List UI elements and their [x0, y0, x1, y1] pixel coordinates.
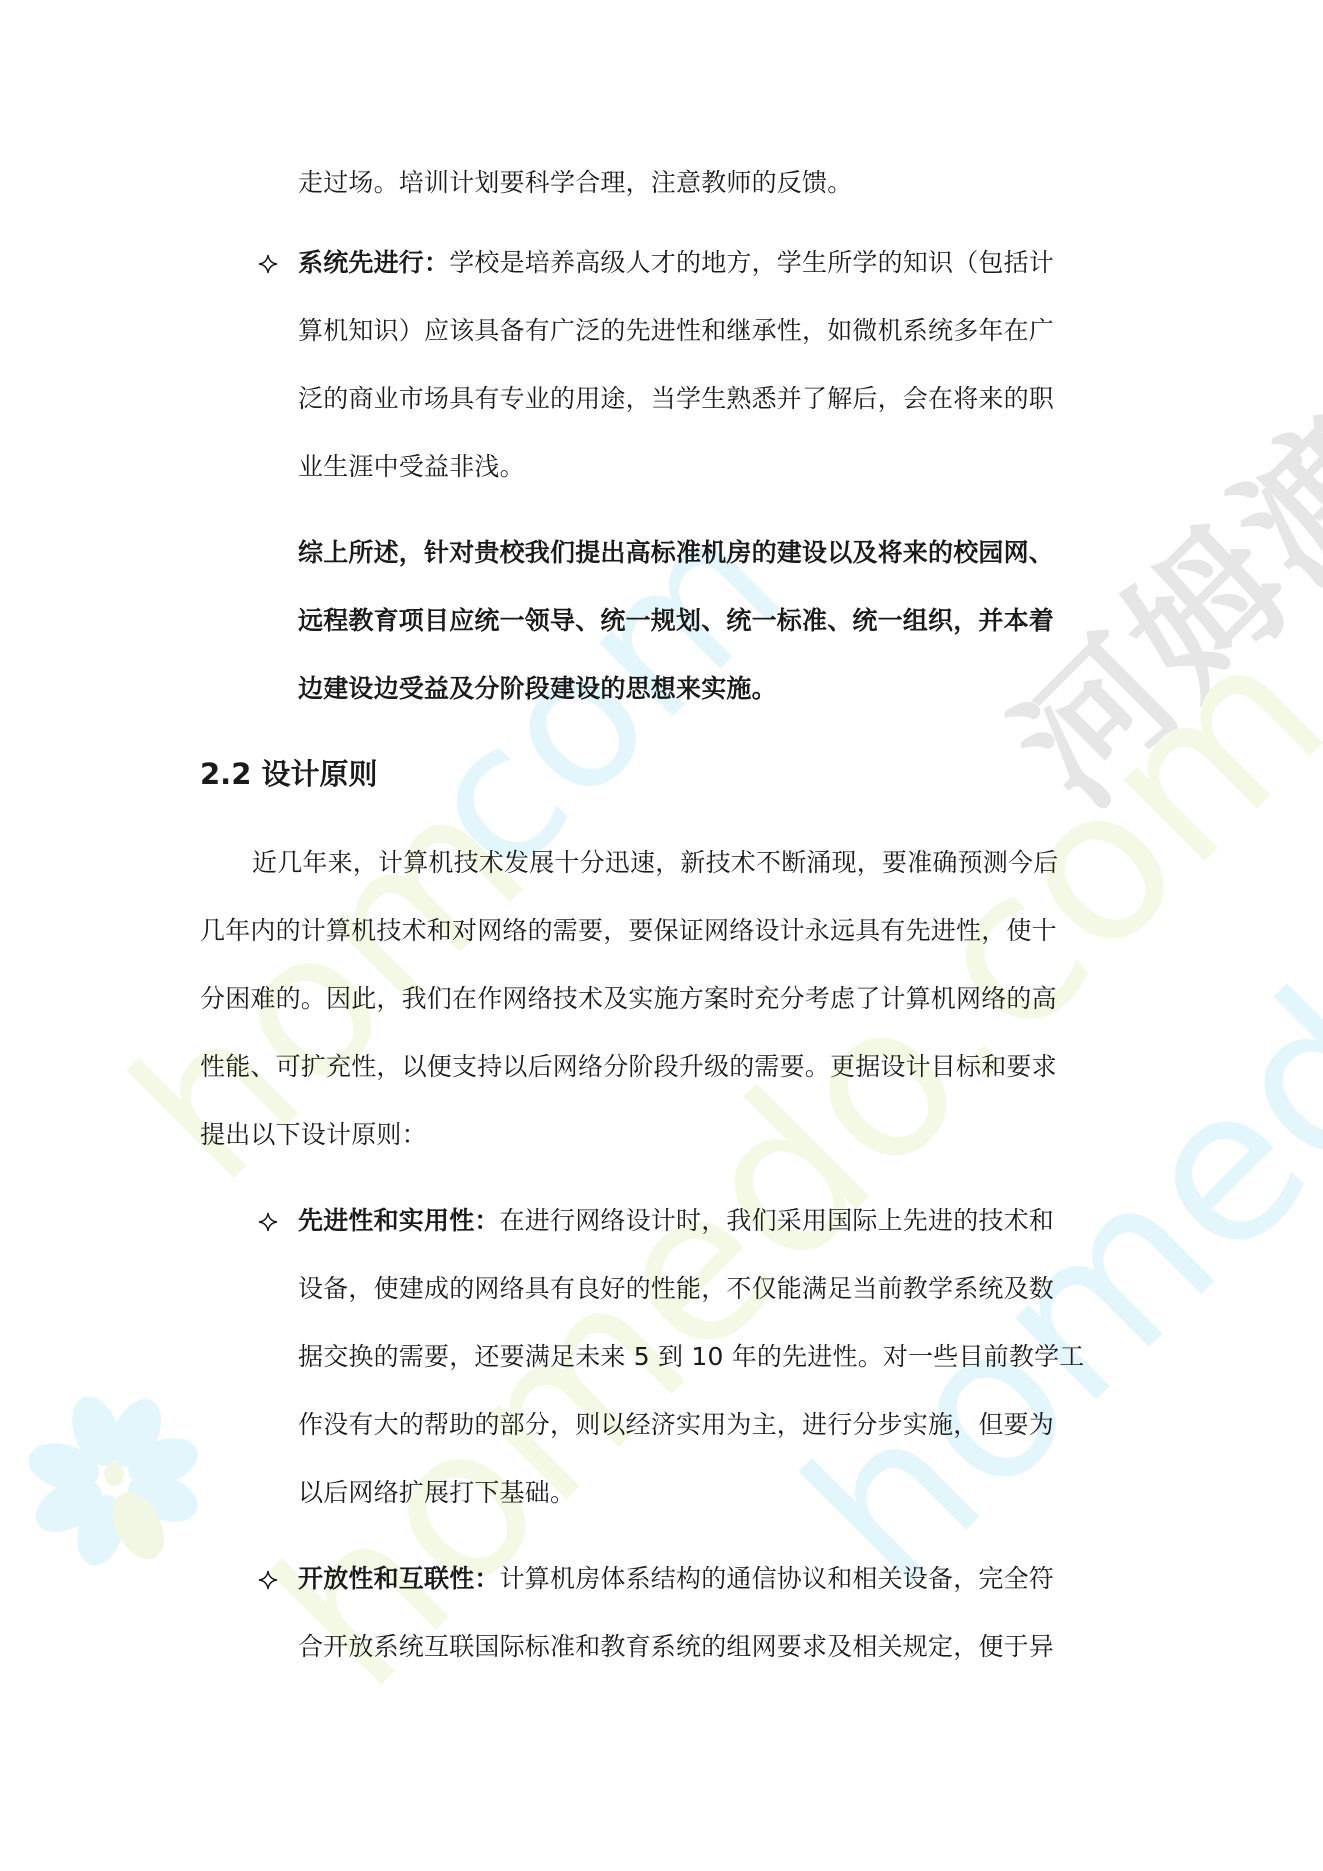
intro-line-2: 几年内的计算机技术和对网络的需要，要保证网络设计永远具有先进性，使十 [200, 914, 1057, 948]
intro-line-1: 近几年来，计算机技术发展十分迅速，新技术不断涌现，要准确预测今后 [252, 846, 1058, 880]
intro-line-3: 分困难的。因此，我们在作网络技术及实施方案时充分考虑了计算机网络的高 [200, 982, 1057, 1016]
four-point-star-bullet-icon [258, 1570, 278, 1590]
summary-line-1: 综上所述，针对贵校我们提出高标准机房的建设以及将来的校园网、 [298, 536, 1054, 570]
summary-line-2: 远程教育项目应统一领导、统一规划、统一标准、统一组织，并本着 [298, 604, 1054, 638]
bullet-system-line-4: 业生涯中受益非浅。 [298, 450, 525, 484]
principle-2-text: 计算机房体系结构的通信协议和相关设备，完全符 [500, 1564, 1054, 1593]
principle-1-label: 先进性和实用性： [298, 1206, 500, 1235]
principle-1-line-5: 以后网络扩展打下基础。 [298, 1476, 575, 1510]
four-point-star-bullet-icon [258, 254, 278, 274]
principle-2-label: 开放性和互联性： [298, 1564, 500, 1593]
bullet-system-text: 学校是培养高级人才的地方，学生所学的知识（包括计 [449, 248, 1054, 277]
bullet-system-line-1: 系统先进行：学校是培养高级人才的地方，学生所学的知识（包括计 [298, 246, 1054, 280]
section-heading: 2.2 设计原则 [200, 754, 377, 794]
document-page: 走过场。培训计划要科学合理，注意教师的反馈。 系统先进行：学校是培养高级人才的地… [0, 0, 1323, 1871]
bullet-system-line-2: 算机知识）应该具备有广泛的先进性和继承性，如微机系统多年在广 [298, 314, 1054, 348]
principle-1-text: 在进行网络设计时，我们采用国际上先进的技术和 [500, 1206, 1054, 1235]
four-point-star-bullet-icon [258, 1212, 278, 1232]
principle-1-line-3: 据交换的需要，还要满足未来 5 到 10 年的先进性。对一些目前教学工 [298, 1340, 1085, 1374]
bullet-system-label: 系统先进行： [298, 248, 449, 277]
intro-line-5: 提出以下设计原则： [200, 1118, 427, 1152]
bullet-system-line-3: 泛的商业市场具有专业的用途，当学生熟悉并了解后，会在将来的职 [298, 382, 1054, 416]
principle-2-line-1: 开放性和互联性：计算机房体系结构的通信协议和相关设备，完全符 [298, 1562, 1054, 1596]
principle-1-line-4: 作没有大的帮助的部分，则以经济实用为主，进行分步实施，但要为 [298, 1408, 1054, 1442]
continuation-line: 走过场。培训计划要科学合理，注意教师的反馈。 [298, 166, 852, 200]
summary-line-3: 边建设边受益及分阶段建设的思想来实施。 [298, 672, 777, 706]
principle-2-line-2: 合开放系统互联国际标准和教育系统的组网要求及相关规定，便于异 [298, 1630, 1054, 1664]
principle-1-line-2: 设备，使建成的网络具有良好的性能，不仅能满足当前教学系统及数 [298, 1272, 1054, 1306]
principle-1-line-1: 先进性和实用性：在进行网络设计时，我们采用国际上先进的技术和 [298, 1204, 1054, 1238]
intro-line-4: 性能、可扩充性，以便支持以后网络分阶段升级的需要。更据设计目标和要求 [200, 1050, 1057, 1084]
